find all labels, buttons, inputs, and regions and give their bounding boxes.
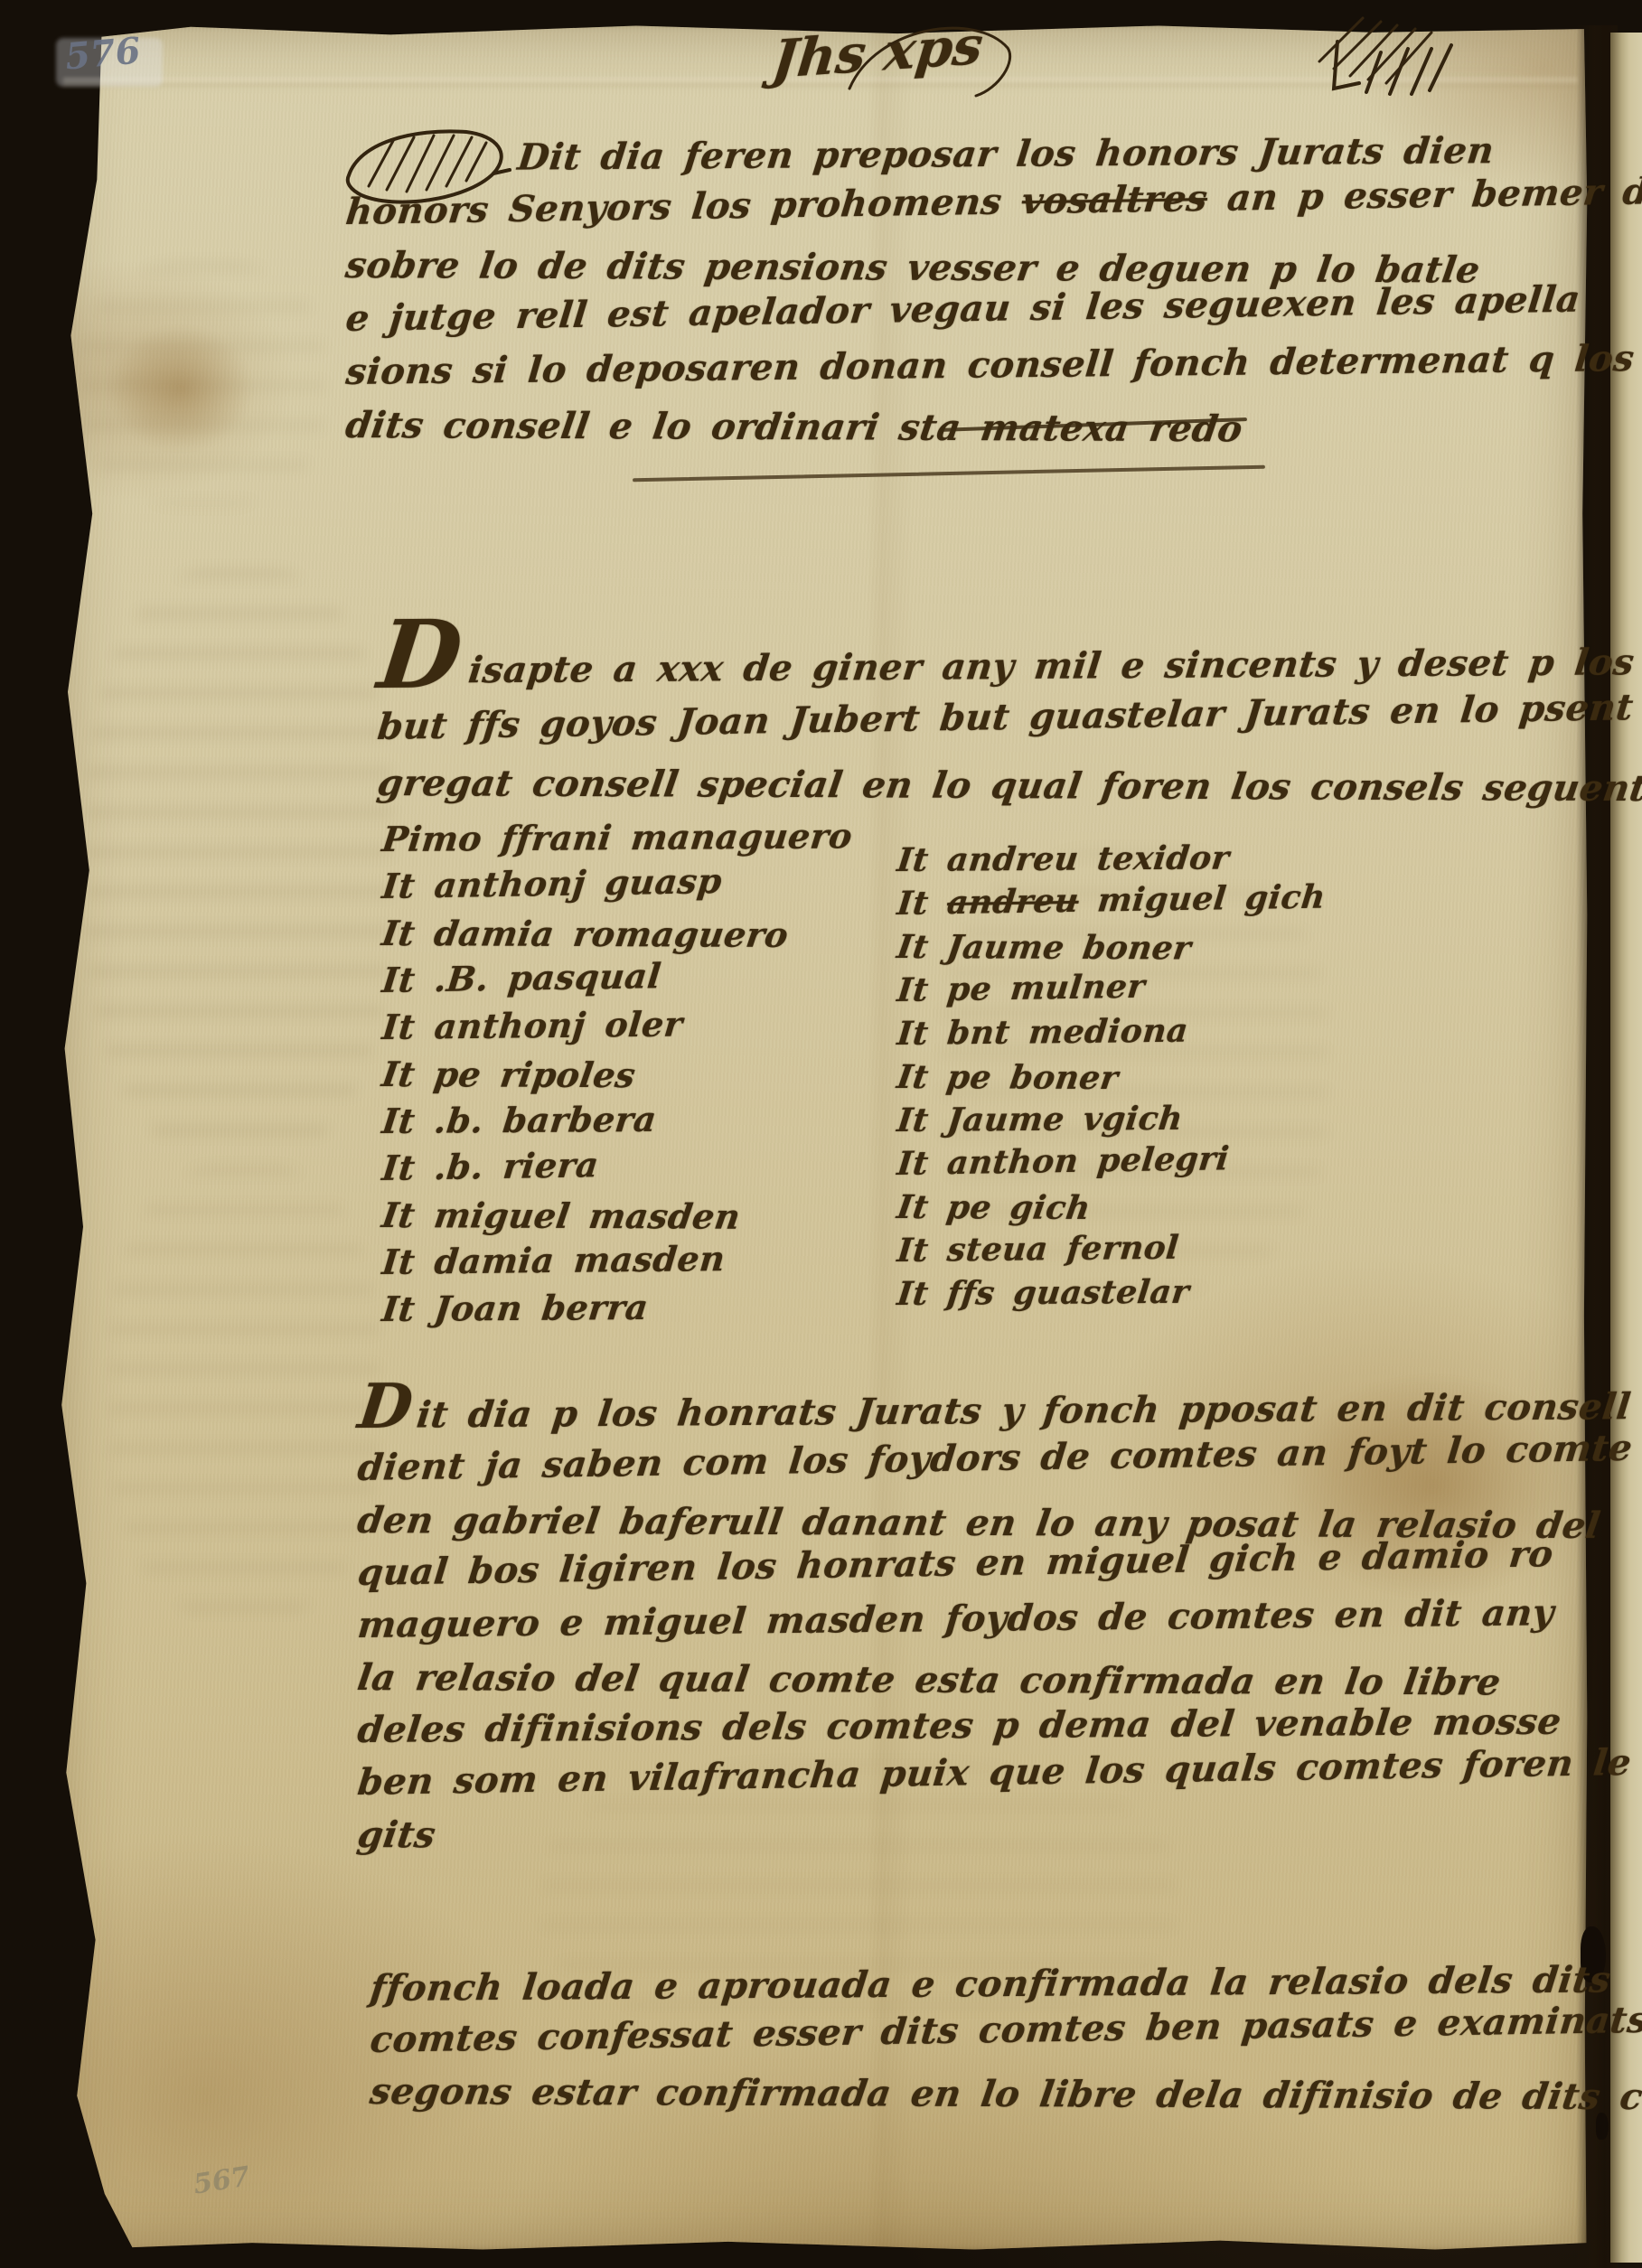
council-member-entry: It anthonj oler bbox=[380, 998, 892, 1051]
struck-text: andreu bbox=[945, 882, 1081, 922]
invocation-loop bbox=[840, 16, 1021, 102]
council-member-entry: It pe boner bbox=[895, 1055, 1407, 1101]
manuscript-line: gregat consell special en lo qual foren … bbox=[374, 755, 1475, 816]
council-member-entry: It anthonj guasp bbox=[380, 855, 892, 910]
council-member-entry: It damia masden bbox=[380, 1233, 892, 1286]
council-member-entry: It pe mulner bbox=[895, 961, 1406, 1012]
council-list-left: Pimo ffrani managueroIt anthonj guaspIt … bbox=[382, 816, 888, 1333]
paragraph-3: Dit dia p los honrats Jurats y fonch ppo… bbox=[358, 1390, 1487, 1861]
council-list-right: It andreu texidorIt andreu miguel gichIt… bbox=[897, 839, 1403, 1316]
paragraph-1: Dit dia feren preposar los honors Jurats… bbox=[346, 132, 1467, 452]
manuscript-scan: 576 567 Jhs xps Dit dia feren preposar l… bbox=[0, 0, 1642, 2268]
council-member-entry: It Joan berra bbox=[380, 1282, 891, 1333]
show-through-smudge bbox=[86, 569, 393, 1157]
council-member-entry: It pe ripoles bbox=[379, 1051, 891, 1100]
canceled-folio-mark bbox=[1310, 5, 1478, 107]
council-member-entry: It steua fernol bbox=[896, 1223, 1406, 1272]
council-member-entry: It .B. pasqual bbox=[380, 949, 892, 1004]
manuscript-line: dits consell e lo ordinari sta matexa re… bbox=[342, 398, 1470, 456]
manuscript-line: sions si lo deposaren donan consell fonc… bbox=[343, 333, 1470, 398]
manuscript-line: gits bbox=[354, 1809, 1491, 1866]
council-member-entry: It anthon pelegri bbox=[895, 1134, 1406, 1186]
struck-text: vosaltres bbox=[1019, 177, 1209, 222]
council-member-entry: It ffs guastelar bbox=[895, 1269, 1406, 1316]
folio-number-top: 576 bbox=[63, 29, 142, 78]
council-member-entry: It andreu miguel gich bbox=[895, 874, 1406, 925]
stain bbox=[108, 325, 253, 452]
council-member-entry: It bnt mediona bbox=[896, 1007, 1406, 1055]
council-member-entry: It .b. riera bbox=[380, 1137, 892, 1192]
paragraph-2: Disapte a xxx de giner any mil e sincent… bbox=[378, 643, 1471, 811]
manuscript-line: maguero e miguel masden foydos de comtes… bbox=[355, 1588, 1491, 1652]
show-through-smudge bbox=[108, 1166, 380, 1617]
paragraph-4: ffonch loada e aprouada e confirmada la … bbox=[371, 1963, 1482, 2117]
manuscript-line: segons estar confirmada en lo libre dela… bbox=[367, 2066, 1485, 2122]
